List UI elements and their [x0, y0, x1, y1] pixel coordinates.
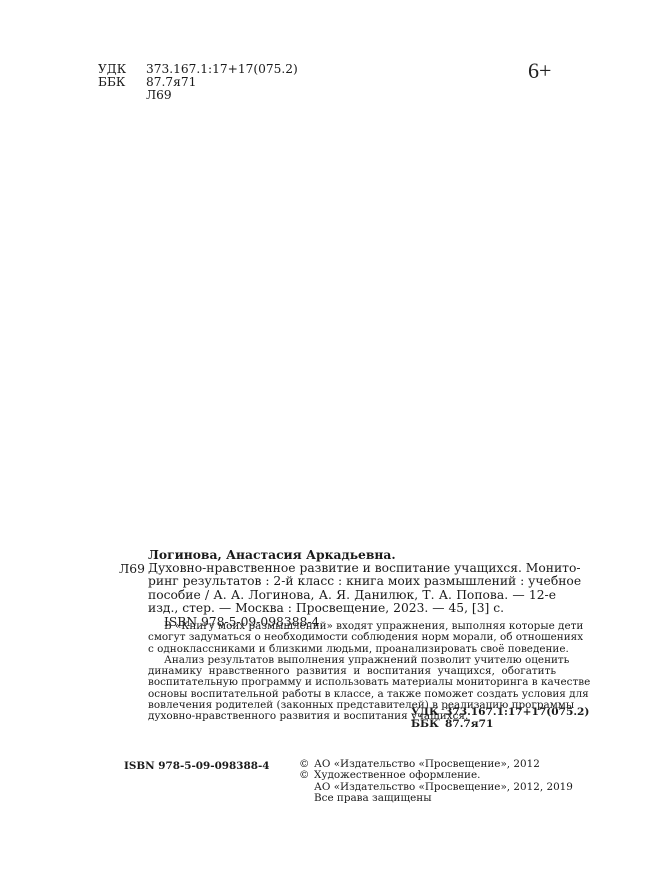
bib-line: ринг результатов : 2-й класс : книга мои…: [148, 575, 556, 588]
author-name: Логинова, Анастасия Аркадьевна.: [148, 547, 396, 562]
author-mark-row: Л69: [98, 89, 298, 102]
udk-row: УДК373.167.1:17+17(075.2): [98, 63, 298, 76]
bbk-value: 87.7я71: [445, 718, 493, 730]
bibliographic-description: Духовно-нравственное развитие и воспитан…: [148, 562, 556, 629]
bbk-value: 87.7я71: [146, 75, 196, 89]
author-mark-inline: Л69: [119, 562, 145, 576]
udk-value: 373.167.1:17+17(075.2): [146, 62, 298, 76]
copyright-line: АО «Издательство «Просвещение», 2012, 20…: [314, 781, 573, 793]
annotation-line: смогут задуматься о необходимости соблюд…: [148, 632, 556, 643]
bbk-row: ББК87.7я71: [98, 76, 298, 89]
copyright-line: АО «Издательство «Просвещение», 2012: [314, 758, 540, 770]
classification-footer: УДК373.167.1:17+17(075.2) ББК87.7я71: [411, 707, 589, 730]
isbn: ISBN 978-5-09-098388-4: [124, 760, 270, 772]
copyright-icon: ©: [299, 770, 314, 781]
copyright-block: ©АО «Издательство «Просвещение», 2012 ©Х…: [299, 759, 573, 804]
bib-line: пособие / А. А. Логинова, А. Я. Данилюк,…: [148, 589, 556, 602]
bbk-label: ББК: [411, 719, 445, 731]
copyright-line: Все права защищены: [314, 792, 431, 804]
age-rating: 6+: [528, 60, 551, 82]
copyright-line: Художественное оформление.: [314, 769, 480, 781]
bib-line: изд., стер. — Москва : Просвещение, 2023…: [148, 602, 556, 615]
bib-line: Духовно-нравственное развитие и воспитан…: [148, 562, 556, 575]
udk-value: 373.167.1:17+17(075.2): [445, 706, 589, 718]
author-mark: Л69: [146, 88, 172, 102]
udk-label: УДК: [411, 707, 445, 719]
classification-header: УДК373.167.1:17+17(075.2) ББК87.7я71 Л69: [98, 63, 298, 102]
bbk-label: ББК: [98, 76, 146, 89]
